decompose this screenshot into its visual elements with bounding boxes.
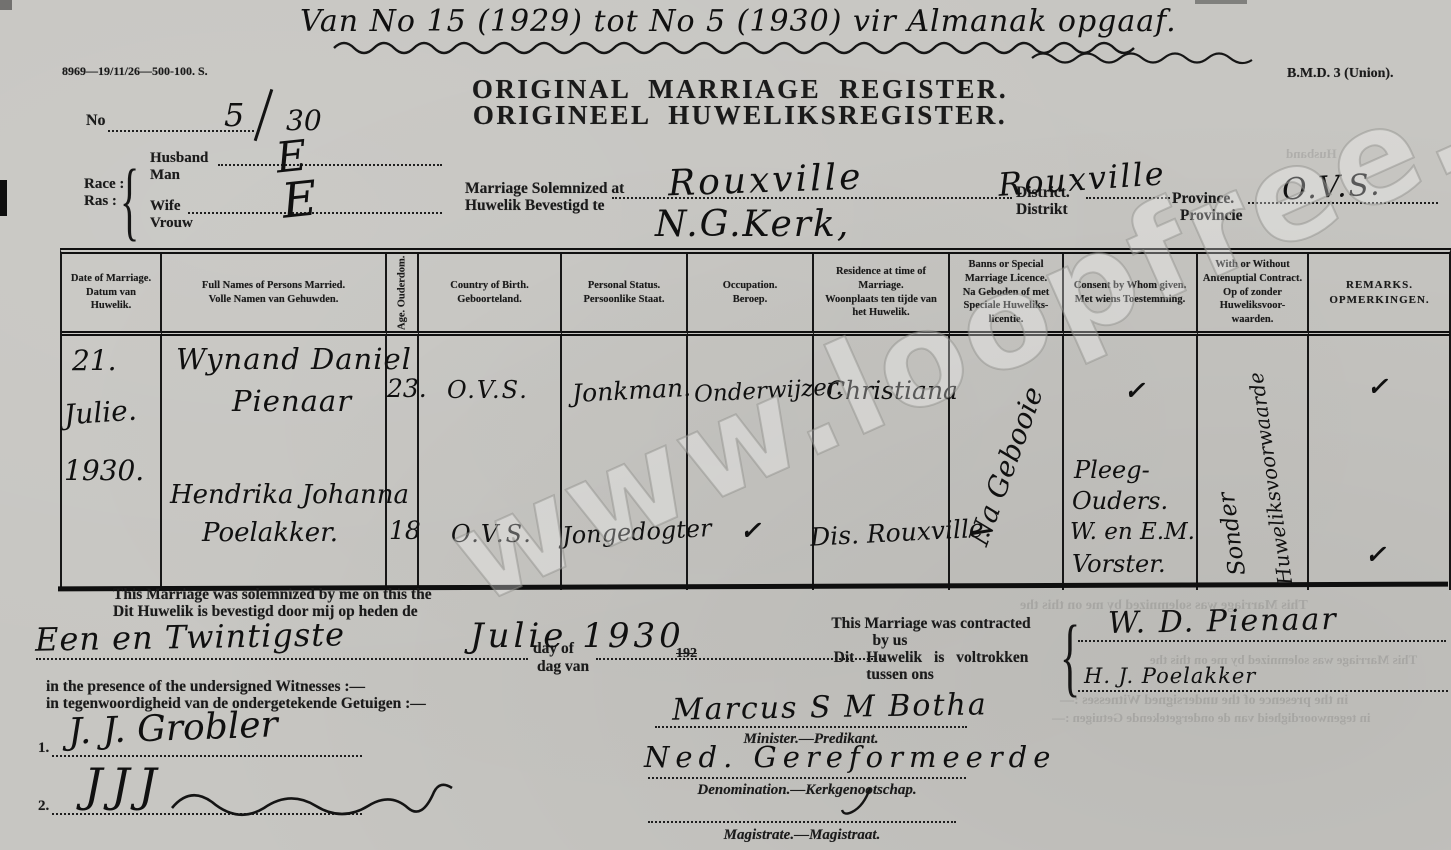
wife-occupation-checkmark: ✓ bbox=[740, 516, 761, 545]
contracted-line2-en: by us bbox=[800, 632, 980, 650]
header-date-en: Date of Marriage. bbox=[71, 272, 151, 286]
column-header-occupation: Occupation. Beroep. bbox=[688, 254, 814, 336]
top-annotation: Van No 15 (1929) tot No 5 (1930) vir Alm… bbox=[300, 4, 1177, 39]
witness1-dotted bbox=[52, 755, 362, 757]
solemnized-place: Rouxville bbox=[667, 157, 864, 205]
husband-consent-checkmark: ✓ bbox=[1124, 376, 1145, 405]
solemnized-place-detail: N.G.Kerk, bbox=[655, 204, 850, 245]
solemnized-label-en: Marriage Solemnized at bbox=[465, 180, 624, 198]
column-header-age: Age. Ouderdom. bbox=[387, 254, 419, 336]
cell-birth: O.V.S. O.V.S. bbox=[419, 336, 562, 590]
race-label-af: Ras : bbox=[84, 193, 117, 210]
minister-signature: Marcus S M Botha bbox=[672, 687, 988, 728]
marriage-register-scan: Van No 15 (1929) tot No 5 (1930) vir Alm… bbox=[0, 0, 1451, 850]
province-value: O.V.S. bbox=[1281, 167, 1382, 207]
number-label: No bbox=[86, 112, 106, 130]
witness2-signature-flourish bbox=[170, 780, 470, 830]
wife-name-line-2: Poelakker. bbox=[202, 518, 338, 548]
contracted-line1-en: This Marriage was contracted bbox=[800, 615, 1062, 633]
header-status-en: Personal Status. bbox=[588, 279, 660, 293]
race-husband-label-en: Husband bbox=[150, 150, 208, 167]
header-occupation-en: Occupation. bbox=[723, 279, 778, 293]
witness1-signature: J. J. Grobler bbox=[67, 704, 278, 752]
header-names-en: Full Names of Persons Married. bbox=[202, 279, 345, 293]
column-header-residence: Residence at time of Marriage. Woonplaat… bbox=[814, 254, 950, 336]
scan-corner-mark bbox=[0, 0, 12, 10]
header-consent-en: Consent by Whom given. bbox=[1074, 279, 1186, 293]
column-header-date: Date of Marriage. Datum van Huwelik. bbox=[62, 254, 162, 336]
day-value: Een en Twintigste bbox=[35, 615, 346, 658]
form-code: 8969—19/11/26—500-100. S. bbox=[62, 64, 208, 79]
district-dotted bbox=[1086, 197, 1170, 199]
header-banns-en: Banns or Special Marriage Licence. bbox=[953, 258, 1059, 285]
husband-remark-checkmark: ✓ bbox=[1367, 372, 1388, 401]
race-wife-label-af: Vrouw bbox=[150, 215, 193, 232]
witness2-signature: J J J bbox=[84, 758, 154, 812]
wife-consent-line-1: Pleeg- bbox=[1074, 456, 1150, 484]
header-status-af: Persoonlike Staat. bbox=[583, 293, 664, 307]
ghost-text-4: in tegenwoordigheid van de ondergetekend… bbox=[1052, 710, 1371, 726]
solemnized-statement-en: This Marriage was solemnized by me on th… bbox=[113, 586, 432, 604]
antenuptial-line-1: Sonder bbox=[1203, 415, 1251, 577]
denomination-label: Denomination.—Kerkgenootschap. bbox=[648, 782, 966, 799]
wavy-underline-tail bbox=[1030, 48, 1260, 68]
header-birth-af: Geboorteland. bbox=[457, 293, 521, 307]
contracted-line1-af: Dit Huwelik is voltrokken bbox=[800, 649, 1062, 667]
date-line-3: 1930. bbox=[64, 454, 144, 487]
header-remarks-af: OPMERKINGEN. bbox=[1329, 293, 1429, 307]
header-remarks-en: REMARKS. bbox=[1346, 278, 1413, 292]
solemnized-label-af: Huwelik Bevestigd te bbox=[465, 197, 605, 215]
scan-edge-mark bbox=[0, 180, 7, 216]
header-banns-af: Na Geboden of met Speciale Huweliks-lice… bbox=[953, 286, 1059, 327]
ghost-text-2: This Marriage was solemnized by me on th… bbox=[1150, 652, 1417, 668]
race-wife-value: E bbox=[279, 170, 320, 229]
column-header-names: Full Names of Persons Married. Volle Nam… bbox=[162, 254, 387, 336]
husband-residence: Christiana bbox=[826, 376, 958, 405]
header-occupation-af: Beroep. bbox=[733, 293, 768, 307]
struck-year-prefix: 192 bbox=[676, 646, 697, 662]
ghost-text-3: in the presence of the undersigned Witne… bbox=[1060, 693, 1348, 709]
column-header-remarks: REMARKS. OPMERKINGEN. bbox=[1309, 254, 1450, 336]
number-slash bbox=[254, 89, 273, 141]
husband-name-line-1: Wynand Daniel bbox=[176, 342, 412, 376]
cell-status: Jonkman. Jongedogter bbox=[562, 336, 688, 590]
ghost-text-5: Husband bbox=[1286, 146, 1337, 162]
cell-consent: ✓ Pleeg- Ouders. W. en E.M. Vorster. bbox=[1064, 336, 1198, 590]
day-dotted-line bbox=[36, 658, 528, 660]
witness2-number: 2. bbox=[38, 798, 49, 815]
race-label-en: Race : bbox=[84, 176, 124, 193]
header-age-af: Ouderdom. bbox=[396, 255, 407, 307]
date-line-1: 21. bbox=[72, 344, 117, 377]
header-residence-en: Residence at time of Marriage. bbox=[817, 265, 945, 292]
witness1-number: 1. bbox=[38, 740, 49, 757]
month-year-value: Julie 1930 bbox=[470, 616, 685, 656]
contracted-wife-dotted bbox=[1078, 690, 1448, 692]
number-numerator: 5 bbox=[224, 96, 244, 134]
register-table-body-row: 21. Julie. 1930. Wynand Daniel Pienaar H… bbox=[62, 336, 1449, 590]
husband-name-line-2: Pienaar bbox=[232, 384, 352, 418]
column-header-status: Personal Status. Persoonlike Staat. bbox=[562, 254, 688, 336]
header-antenuptial-en: With or Without Antenuptial Contract. bbox=[1201, 258, 1304, 285]
cell-banns: Na Gebooie bbox=[950, 336, 1064, 590]
wife-remark-checkmark: ✓ bbox=[1365, 540, 1386, 569]
cell-occupation: Onderwijzer. ✓ bbox=[688, 336, 814, 590]
header-date-af: Datum van Huwelik. bbox=[65, 286, 157, 313]
ghost-text-1: This Marriage was solemnized by me on th… bbox=[1020, 598, 1308, 614]
race-husband-label-af: Man bbox=[150, 167, 180, 184]
contracted-line2-af: tussen ons bbox=[800, 666, 1000, 684]
magistrate-dotted bbox=[648, 821, 956, 823]
scan-top-smudge bbox=[1195, 0, 1247, 4]
cell-residence: Christiana Dis. Rouxville. bbox=[814, 336, 950, 590]
race-brace: { bbox=[120, 148, 139, 251]
header-antenuptial-af: Op of zonder Huweliksvoor-waarden. bbox=[1201, 286, 1304, 327]
wife-birth: O.V.S. bbox=[451, 520, 533, 548]
header-birth-en: Country of Birth. bbox=[450, 279, 528, 293]
husband-status: Jonkman. bbox=[571, 373, 691, 408]
header-age-en: Age. bbox=[396, 310, 407, 330]
wife-consent-line-3: W. en E.M. bbox=[1070, 519, 1195, 545]
wife-name-line-1: Hendrika Johanna bbox=[170, 480, 409, 510]
date-line-2: Julie. bbox=[63, 394, 138, 432]
magistrate-label: Magistrate.—Magistraat. bbox=[648, 827, 956, 844]
column-header-consent: Consent by Whom given. Met wiens Toestem… bbox=[1064, 254, 1198, 336]
witness-intro-en: in the presence of the undersigned Witne… bbox=[46, 678, 365, 696]
cell-age: 23. 18 bbox=[387, 336, 419, 590]
banns-entry: Na Gebooie bbox=[962, 382, 1050, 549]
header-consent-af: Met wiens Toestemming. bbox=[1075, 293, 1186, 307]
column-header-birth: Country of Birth. Geboorteland. bbox=[419, 254, 562, 336]
minister-dotted bbox=[655, 726, 967, 728]
race-wife-label-en: Wife bbox=[150, 198, 181, 215]
denomination-dotted bbox=[648, 777, 966, 779]
cell-date: 21. Julie. 1930. bbox=[62, 336, 162, 590]
wife-age: 18 bbox=[389, 516, 421, 545]
header-names-af: Volle Namen van Gehuwden. bbox=[209, 293, 339, 307]
province-label-af: Provincie bbox=[1180, 207, 1243, 225]
cell-remarks: ✓ ✓ bbox=[1309, 336, 1450, 590]
contracted-husband-dotted bbox=[1078, 640, 1446, 642]
husband-birth: O.V.S. bbox=[447, 376, 529, 404]
header-residence-af: Woonplaats ten tijde van het Huwelik. bbox=[817, 293, 945, 320]
column-header-banns: Banns or Special Marriage Licence. Na Ge… bbox=[950, 254, 1064, 336]
province-label-en: Province. bbox=[1172, 190, 1234, 208]
race-husband-dotted bbox=[218, 164, 442, 166]
column-header-antenuptial: With or Without Antenuptial Contract. Op… bbox=[1198, 254, 1309, 336]
wife-consent-line-4: Vorster. bbox=[1072, 550, 1166, 578]
form-reference: B.M.D. 3 (Union). bbox=[1287, 66, 1394, 82]
cell-antenuptial: Sonder Huweliksvoorwaarde bbox=[1198, 336, 1309, 590]
header-age-rotated: Age. Ouderdom. bbox=[395, 255, 409, 329]
district-label-af: Distrikt bbox=[1016, 201, 1068, 219]
denomination-flourish bbox=[840, 786, 880, 822]
cell-names: Wynand Daniel Pienaar Hendrika Johanna P… bbox=[162, 336, 387, 590]
wife-consent-line-2: Ouders. bbox=[1072, 487, 1168, 515]
register-table: Date of Marriage. Datum van Huwelik. Ful… bbox=[60, 248, 1451, 590]
denomination-value: Ned. Gereformeerde bbox=[644, 740, 1056, 774]
register-table-header-row: Date of Marriage. Datum van Huwelik. Ful… bbox=[62, 254, 1449, 336]
title-afrikaans: ORIGINEEL HUWELIKSREGISTER. bbox=[440, 100, 1040, 131]
day-of-label-af: dag van bbox=[537, 658, 589, 676]
